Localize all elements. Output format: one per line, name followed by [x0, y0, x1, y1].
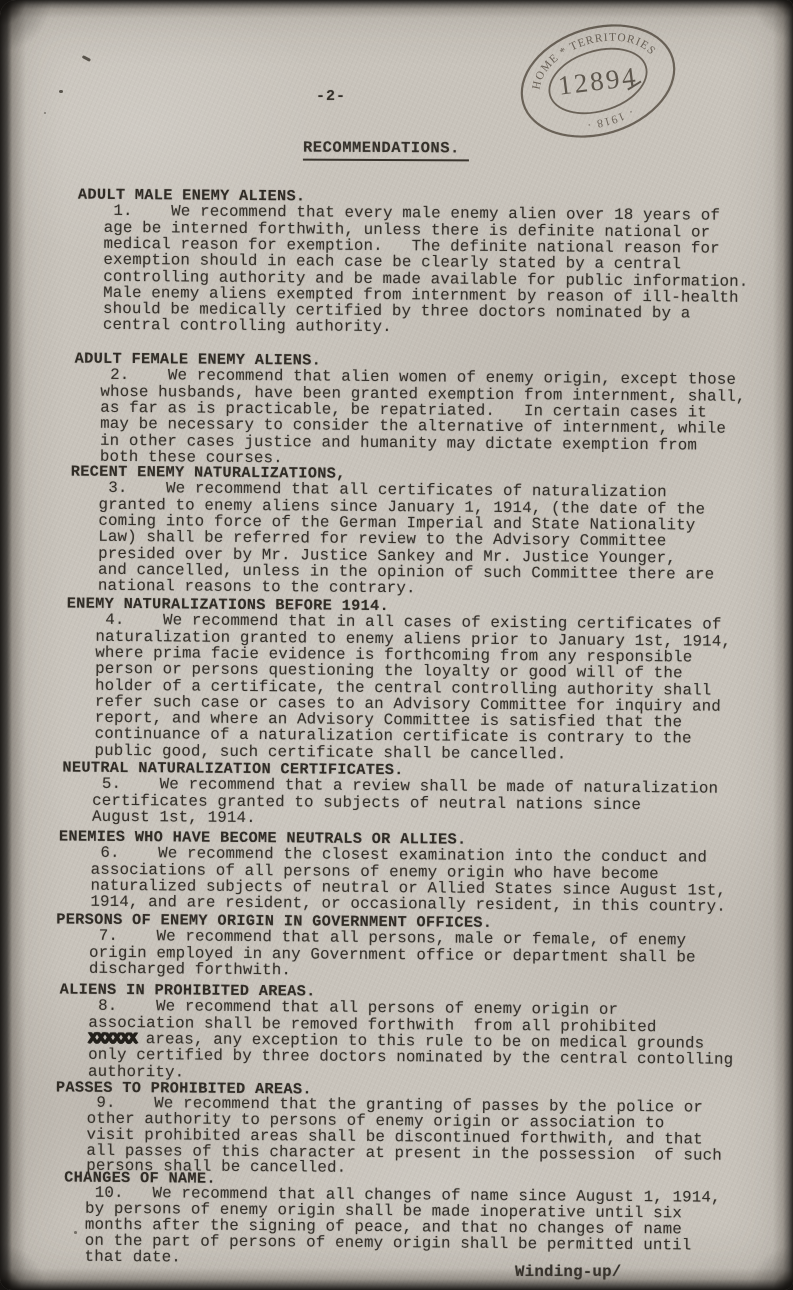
section-body: 6. We recommend the closest examination …	[90, 845, 787, 916]
home-territories-ink-stamp: HOME * TERRITORIES · 1918 · 12894	[503, 12, 693, 150]
section-passes-to-prohibited-areas: PASSES TO PROHIBITED AREAS. 9. We recomm…	[0, 1079, 786, 1180]
section-enemies-become-neutrals-or-allies: ENEMIES WHO HAVE BECOME NEUTRALS OR ALLI…	[0, 828, 788, 916]
document-title: RECOMMENDATIONS.	[303, 139, 469, 162]
stamp-number: 12894	[556, 61, 639, 101]
section-adult-male-enemy-aliens: ADULT MALE ENEMY ALIENS. 1. We recommend…	[0, 186, 793, 339]
scanned-document-page: HOME * TERRITORIES · 1918 · 12894 -2- RE…	[0, 0, 793, 1290]
paper-speck	[44, 112, 46, 114]
section-body: 9. We recommend that the granting of pas…	[86, 1096, 786, 1180]
section-body-text: areas, any exception to this rule to be …	[88, 1030, 733, 1081]
section-recent-enemy-naturalizations: RECENT ENEMY NATURALIZATIONS, 3. We reco…	[0, 463, 791, 600]
page-number: -2-	[316, 88, 346, 105]
paper-speck	[74, 1231, 77, 1234]
section-body: 4. We recommend that in all cases of exi…	[95, 612, 790, 764]
section-enemy-naturalizations-before-1914: ENEMY NATURALIZATIONS BEFORE 1914. 4. We…	[0, 595, 790, 764]
section-adult-female-enemy-aliens: ADULT FEMALE ENEMY ALIENS. 2. We recomme…	[0, 350, 792, 470]
paper-speck	[59, 90, 63, 93]
section-body: 8. We recommend that all persons of enem…	[88, 998, 787, 1085]
scan-edge-bottom	[0, 1268, 793, 1290]
catchword: Winding-up/	[515, 1263, 621, 1281]
section-enemy-origin-in-government-offices: PERSONS OF ENEMY ORIGIN IN GOVERNMENT OF…	[0, 911, 787, 983]
section-aliens-in-prohibited-areas: ALIENS IN PROHIBITED AREAS. 8. We recomm…	[0, 981, 787, 1085]
section-body: 3. We recommend that all certificates of…	[98, 480, 791, 600]
paper-speck	[82, 55, 91, 61]
section-body: 10. We recommend that all changes of nam…	[85, 1186, 786, 1271]
document-body: ADULT MALE ENEMY ALIENS. 1. We recommend…	[0, 186, 793, 192]
section-body: 2. We recommend that alien women of enem…	[100, 367, 792, 470]
section-body: 5. We recommend that a review shall be m…	[92, 776, 788, 830]
section-neutral-naturalization-certificates: NEUTRAL NATURALIZATION CERTIFICATES. 5. …	[0, 759, 788, 831]
section-body: 7. We recommend that all persons, male o…	[89, 928, 787, 982]
section-body: 1. We recommend that every male enemy al…	[103, 203, 793, 339]
section-changes-of-name: CHANGES OF NAME. 10. We recommend that a…	[0, 1169, 785, 1271]
